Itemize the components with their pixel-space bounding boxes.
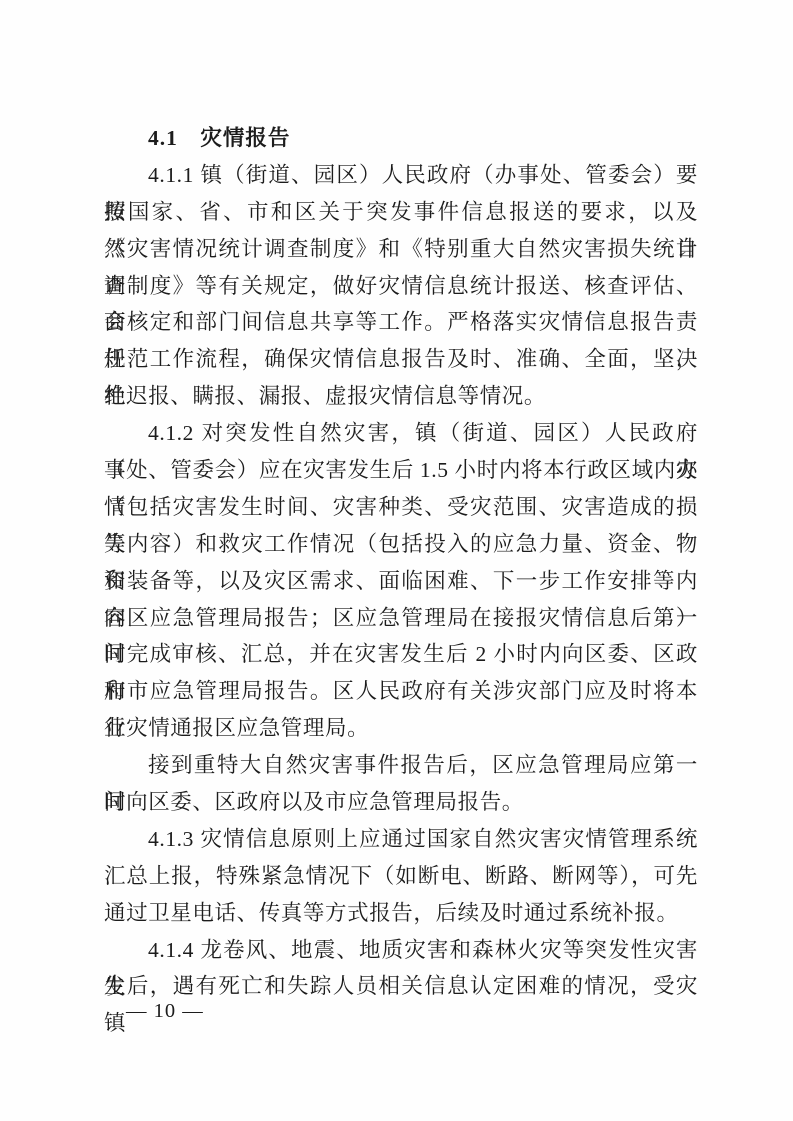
text-line: 事处、管委会）应在灾害发生后 1.5 小时内将本行政区域内灾情 — [104, 452, 698, 489]
text-line: 向区应急管理局报告；区应急管理局在接报灾情信息后第一时 — [104, 600, 698, 637]
text-line: 查制度》等有关规定，做好灾情信息统计报送、核查评估、会 — [104, 268, 698, 305]
text-line: 4.1.4 龙卷风、地震、地质灾害和森林火灾等突发性灾害发 — [104, 932, 698, 969]
text-line: 照国家、省、市和区关于突发事件信息报送的要求，以及《自 — [104, 194, 698, 231]
text-line: 4.1.2 对突发性自然灾害，镇（街道、园区）人民政府（办 — [104, 415, 698, 452]
document-page: 4.1 灾情报告 4.1.1 镇（街道、园区）人民政府（办事处、管委会）要按 照… — [0, 0, 793, 1121]
page-number: — 10 — — [126, 1000, 204, 1023]
text-line: 接到重特大自然灾害事件报告后，区应急管理局应第一时 — [104, 747, 698, 784]
text-line: 绝迟报、瞒报、漏报、虚报灾情信息等情况。 — [104, 378, 698, 415]
text-line: 间向区委、区政府以及市应急管理局报告。 — [104, 784, 698, 821]
text-line: 等内容）和救灾工作情况（包括投入的应急力量、资金、物资 — [104, 526, 698, 563]
text-line: 和装备等，以及灾区需求、面临困难、下一步工作安排等内容） — [104, 563, 698, 600]
text-line: 汇总上报，特殊紧急情况下（如断电、断路、断网等），可先 — [104, 858, 698, 895]
text-line: （包括灾害发生时间、灾害种类、受灾范围、灾害造成的损失 — [104, 489, 698, 526]
text-line: 商核定和部门间信息共享等工作。严格落实灾情信息报告责任， — [104, 304, 698, 341]
text-line: 规范工作流程，确保灾情信息报告及时、准确、全面，坚决杜 — [104, 341, 698, 378]
document-content: 4.1 灾情报告 4.1.1 镇（街道、园区）人民政府（办事处、管委会）要按 照… — [104, 120, 698, 1005]
section-heading: 4.1 灾情报告 — [104, 120, 698, 157]
text-line: 4.1.3 灾情信息原则上应通过国家自然灾害灾情管理系统 — [104, 821, 698, 858]
text-line: 通过卫星电话、传真等方式报告，后续及时通过系统补报。 — [104, 895, 698, 932]
text-line: 业灾情通报区应急管理局。 — [104, 710, 698, 747]
text-line: 间完成审核、汇总，并在灾害发生后 2 小时内向区委、区政府 — [104, 636, 698, 673]
text-line: 和市应急管理局报告。区人民政府有关涉灾部门应及时将本行 — [104, 673, 698, 710]
text-line: 4.1.1 镇（街道、园区）人民政府（办事处、管委会）要按 — [104, 157, 698, 194]
text-line: 然灾害情况统计调查制度》和《特别重大自然灾害损失统计调 — [104, 231, 698, 268]
